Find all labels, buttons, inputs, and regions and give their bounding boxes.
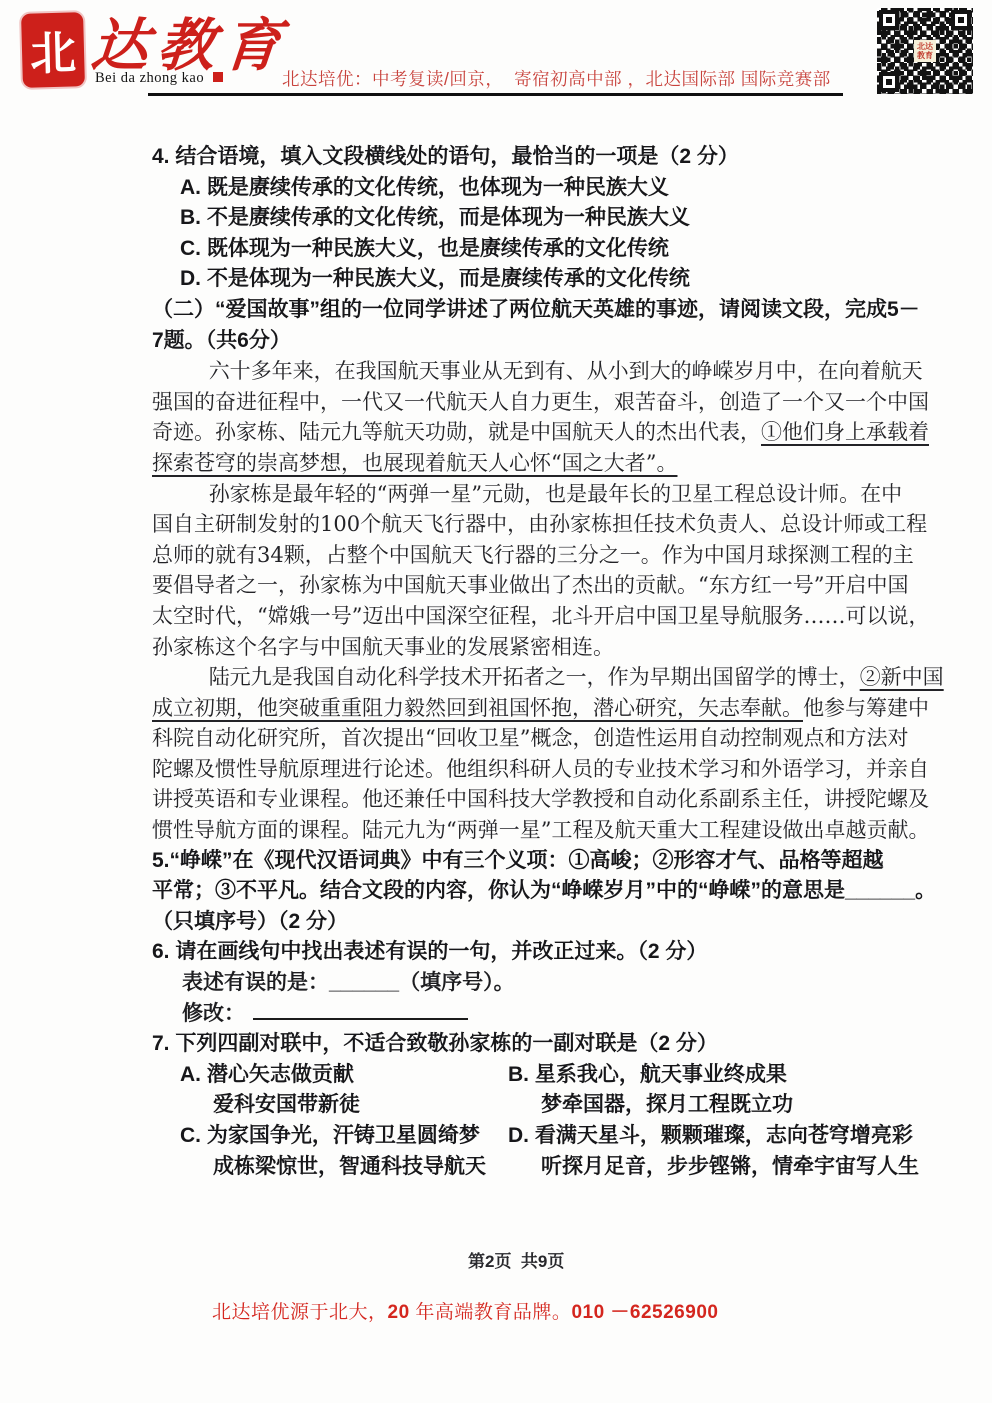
passage-line: 总师的就有34颗，占整个中国航天飞行器的三分之一。作为中国月球探测工程的主 [152,540,884,571]
passage-line: 成立初期，他突破重重阻力毅然回到祖国怀抱，潜心研究，矢志奉献。他参与筹建中 [152,693,884,724]
passage-line: 国自主研制发射的100个航天飞行器中，由孙家栋担任技术负责人、总设计师或工程 [152,509,884,540]
question-6-answer-line: 表述有误的是：______（填序号）。 [152,968,884,999]
question-6-fix-line: 修改： [152,999,884,1030]
section-2-intro-line-2: 7题。（共6分） [152,326,884,357]
qr-code: 北达 教育 [877,8,973,94]
couplet-line: A. 潜心矢志做贡献 [180,1060,480,1091]
passage-line: 讲授英语和专业课程。他还兼任中国科技大学教授和自动化系副系主任，讲授陀螺及 [152,784,884,815]
question-4-option-b: B. 不是赓续传承的文化传统，而是体现为一种民族大义 [152,203,884,234]
question-7-option-c: C. 为家国争光，汗铸卫星圆绮梦 成栋梁惊世，智通科技导航天 [152,1121,480,1182]
passage-line: 要倡导者之一，孙家栋为中国航天事业做出了杰出的贡献。“东方红一号”开启中国 [152,570,884,601]
couplet-line: 爱科安国带新徒 [180,1090,480,1121]
couplet-line: 梦牵国器，探月工程既立功 [508,1090,793,1121]
footer-promo-text: 北达培优源于北大，20 年高端教育品牌。010 －62526900 [212,1297,718,1324]
question-7-option-d: D. 看满天星斗，颗颗璀璨，志向苍穹增亮彩 听探月足音，步步铿锵，情牵宇宙写人生 [480,1121,919,1182]
question-5-line-2: 平常；③不平凡。结合文段的内容，你认为“峥嵘岁月”中的“峥嵘”的意思是_____… [152,876,884,907]
brand-seal-logo: 北 [21,12,85,88]
passage-line: 科院自动化研究所，首次提出“回收卫星”概念，创造性运用自动控制观点和方法对 [152,723,884,754]
question-7-stem: 7. 下列四副对联中，不适合致敬孙家栋的一副对联是（2 分） [152,1029,884,1060]
passage-line: 陆元九是我国自动化科学技术开拓者之一，作为早期出国留学的博士，②新中国 [152,662,884,693]
qr-finder-bottom-left [879,72,899,92]
question-7-row-2: C. 为家国争光，汗铸卫星圆绮梦 成栋梁惊世，智通科技导航天 D. 看满天星斗，… [152,1121,884,1182]
header-slogan: 北达培优：中考复读/回京， 寄宿初高中部 ，北达国际部 国际竞赛部 [282,66,831,91]
seal-character: 北 [29,16,77,83]
brand-caption-text: Bei da zhong kao [95,70,204,86]
header-divider [148,93,843,96]
passage-line: 孙家栋这个名字与中国航天事业的发展紧密相连。 [152,632,884,663]
qr-finder-top-left [879,10,899,30]
passage-line: 探索苍穹的崇高梦想，也展现着航天人心怀“国之大者”。 [152,448,884,479]
qr-finder-top-right [951,10,971,30]
question-5-line-1: 5.“峥嵘”在《现代汉语词典》中有三个义项：①高峻；②形容才气、品格等超越 [152,846,884,877]
passage-line: 孙家栋是最年轻的“两弹一星”元勋，也是最年长的卫星工程总设计师。在中 [152,479,884,510]
section-2-intro-line-1: （二）“爱国故事”组的一位同学讲述了两位航天英雄的事迹，请阅读文段，完成5－ [152,295,884,326]
question-4-option-d: D. 不是体现为一种民族大义，而是赓续传承的文化传统 [152,264,884,295]
couplet-line: B. 星系我心，航天事业终成果 [508,1060,793,1091]
answer-blank-line [253,1017,468,1020]
question-4-option-c: C. 既体现为一种民族大义，也是赓续传承的文化传统 [152,234,884,265]
question-7-option-b: B. 星系我心，航天事业终成果 梦牵国器，探月工程既立功 [480,1060,793,1121]
couplet-line: 听探月足音，步步铿锵，情牵宇宙写人生 [508,1152,919,1183]
passage-line: 六十多年来，在我国航天事业从无到有、从小到大的峥嵘岁月中，在向着航天 [152,356,884,387]
passage-line: 太空时代，“嫦娥一号”迈出中国深空征程，北斗开启中国卫星导航服务……可以说， [152,601,884,632]
passage-line: 惯性导航方面的课程。陆元九为“两弹一星”工程及航天重大工程建设做出卓越贡献。 [152,815,884,846]
red-square-bullet [213,72,223,82]
question-6-stem: 6. 请在画线句中找出表述有误的一句，并改正过来。（2 分） [152,937,884,968]
couplet-line: C. 为家国争光，汗铸卫星圆绮梦 [180,1121,480,1152]
question-4-option-a: A. 既是赓续传承的文化传统，也体现为一种民族大义 [152,173,884,204]
passage-line: 奇迹。孙家栋、陆元九等航天功勋，就是中国航天人的杰出代表，①他们身上承载着 [152,417,884,448]
question-4-stem: 4. 结合语境，填入文段横线处的语句，最恰当的一项是（2 分） [152,142,884,173]
brand-caption: Bei da zhong kao [95,70,223,87]
page-indicator: 第2页 共9页 [468,1247,564,1272]
scanned-exam-page: 北 达教育 Bei da zhong kao 北达培优：中考复读/回京， 寄宿初… [0,0,992,1403]
passage-line: 陀螺及惯性导航原理进行论述。他组织科研人员的专业技术学习和外语学习，并亲自 [152,754,884,785]
question-7-option-a: A. 潜心矢志做贡献 爱科安国带新徒 [152,1060,480,1121]
exam-content: 4. 结合语境，填入文段横线处的语句，最恰当的一项是（2 分） A. 既是赓续传… [152,142,884,1182]
qr-center-label: 北达 教育 [914,40,936,62]
couplet-line: D. 看满天星斗，颗颗璀璨，志向苍穹增亮彩 [508,1121,919,1152]
question-6-fix-label: 修改： [182,1002,245,1025]
question-5-line-3: （只填序号）（2 分） [152,907,884,938]
question-7-row-1: A. 潜心矢志做贡献 爱科安国带新徒 B. 星系我心，航天事业终成果 梦牵国器，… [152,1060,884,1121]
passage-line: 强国的奋进征程中，一代又一代航天人自力更生，艰苦奋斗，创造了一个又一个中国 [152,387,884,418]
couplet-line: 成栋梁惊世，智通科技导航天 [180,1152,480,1183]
